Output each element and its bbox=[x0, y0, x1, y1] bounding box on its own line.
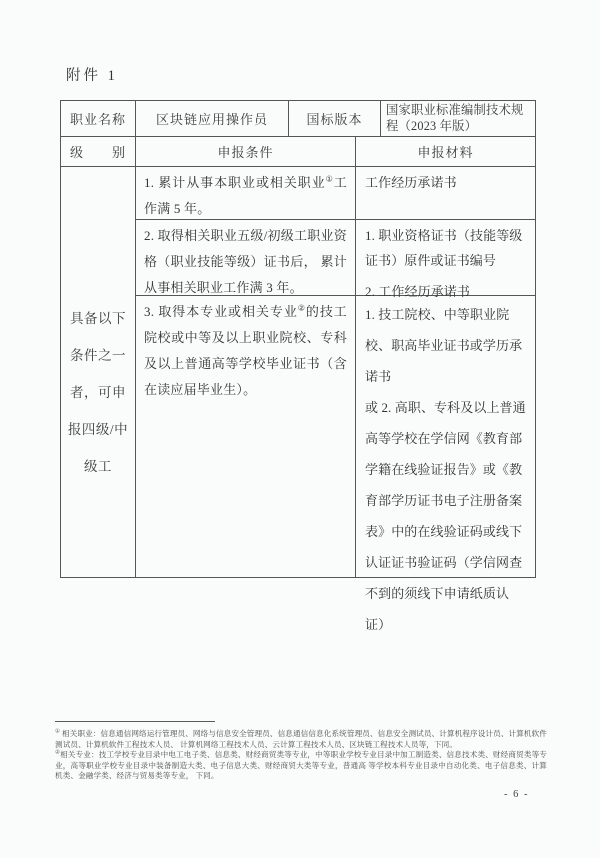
footnote-2: ②相关专业：技工学校专业目录中电工电子类、信息类、财经商贸类等专业，中等职业学校… bbox=[55, 750, 547, 782]
materials-cell-3: 1. 技工院校、中等职业院校、职高毕业证书或学历承诺书 或 2. 高职、专科及以… bbox=[356, 296, 535, 577]
occupation-name-label: 职业名称 bbox=[61, 101, 136, 136]
footnotes-block: ① 相关职业：信息通信网络运行管理员、网络与信息安全管理员、信息通信信息化系统管… bbox=[55, 721, 547, 782]
attachment-label: 附件 1 bbox=[66, 64, 118, 85]
table-header-row-occupation: 职业名称 区块链应用操作员 国标版本 国家职业标准编制技术规程（2023 年版） bbox=[61, 101, 535, 137]
footnote-ref-2: ② bbox=[298, 304, 306, 313]
condition-text: 1. 累计从事本职业或相关职业 bbox=[144, 175, 326, 190]
footnote-text: 相关职业：信息通信网络运行管理员、网络与信息安全管理员、信息通信信息化系统管理员… bbox=[55, 729, 547, 749]
application-requirements-table: 职业名称 区块链应用操作员 国标版本 国家职业标准编制技术规程（2023 年版）… bbox=[60, 100, 536, 578]
condition-cell-3: 3. 取得本专业或相关专业②的技工院校或中等及以上职业院校、专科及以上普通高等学… bbox=[136, 296, 356, 577]
level-line: 级工 bbox=[84, 448, 112, 485]
scanned-document-page: 附件 1 职业名称 区块链应用操作员 国标版本 国家职业标准编制技术规程（202… bbox=[0, 0, 600, 858]
level-merged-cell: 具备以下 条件之一 者，可申 报四级/中 级工 bbox=[61, 167, 136, 577]
footnote-ref-1: ① bbox=[326, 175, 334, 184]
footnote-divider bbox=[55, 721, 215, 722]
material-item: 1. 职业资格证书（技能等级证书）原件或证书编号 bbox=[365, 223, 527, 273]
materials-column-label: 申报材料 bbox=[356, 137, 535, 166]
table-body: 具备以下 条件之一 者，可申 报四级/中 级工 1. 累计从事本职业或相关职业①… bbox=[61, 167, 535, 577]
material-item: 工作经历承诺书 bbox=[365, 170, 527, 195]
materials-cell-1: 工作经历承诺书 bbox=[356, 167, 535, 220]
condition-cell-1: 1. 累计从事本职业或相关职业①工作满 5 年。 bbox=[136, 167, 356, 220]
gb-version-label: 国标版本 bbox=[289, 101, 381, 136]
page-number: - 6 - bbox=[504, 789, 529, 800]
level-line: 具备以下 bbox=[70, 300, 126, 337]
level-line: 报四级/中 bbox=[68, 411, 128, 448]
occupation-name-value: 区块链应用操作员 bbox=[136, 101, 289, 136]
gb-version-value: 国家职业标准编制技术规程（2023 年版） bbox=[381, 101, 535, 136]
table-header-row-columns: 级 别 申报条件 申报材料 bbox=[61, 137, 535, 167]
condition-cell-2: 2. 取得相关职业五级/初级工职业资格（职业技能等级）证书后， 累计从事相关职业… bbox=[136, 220, 356, 296]
condition-text: 3. 取得本专业或相关专业 bbox=[144, 304, 298, 319]
footnote-1: ① 相关职业：信息通信网络运行管理员、网络与信息安全管理员、信息通信信息化系统管… bbox=[55, 729, 547, 750]
condition-text: 2. 取得相关职业五级/初级工职业资格（职业技能等级）证书后， 累计从事相关职业… bbox=[144, 228, 347, 295]
material-item: 或 2. 高职、专科及以上普通高等学校在学信网《教育部学籍在线验证报告》或《教育… bbox=[365, 392, 527, 640]
level-column-label: 级 别 bbox=[61, 137, 136, 166]
level-line: 者，可申 bbox=[70, 374, 126, 411]
level-line: 条件之一 bbox=[70, 337, 126, 374]
footnote-text: 相关专业：技工学校专业目录中电工电子类、信息类、财经商贸类等专业，中等职业学校专… bbox=[55, 750, 547, 780]
materials-cell-2: 1. 职业资格证书（技能等级证书）原件或证书编号 2. 工作经历承诺书 bbox=[356, 220, 535, 296]
material-item: 1. 技工院校、中等职业院校、职高毕业证书或学历承诺书 bbox=[365, 299, 527, 392]
conditions-column-label: 申报条件 bbox=[136, 137, 356, 166]
